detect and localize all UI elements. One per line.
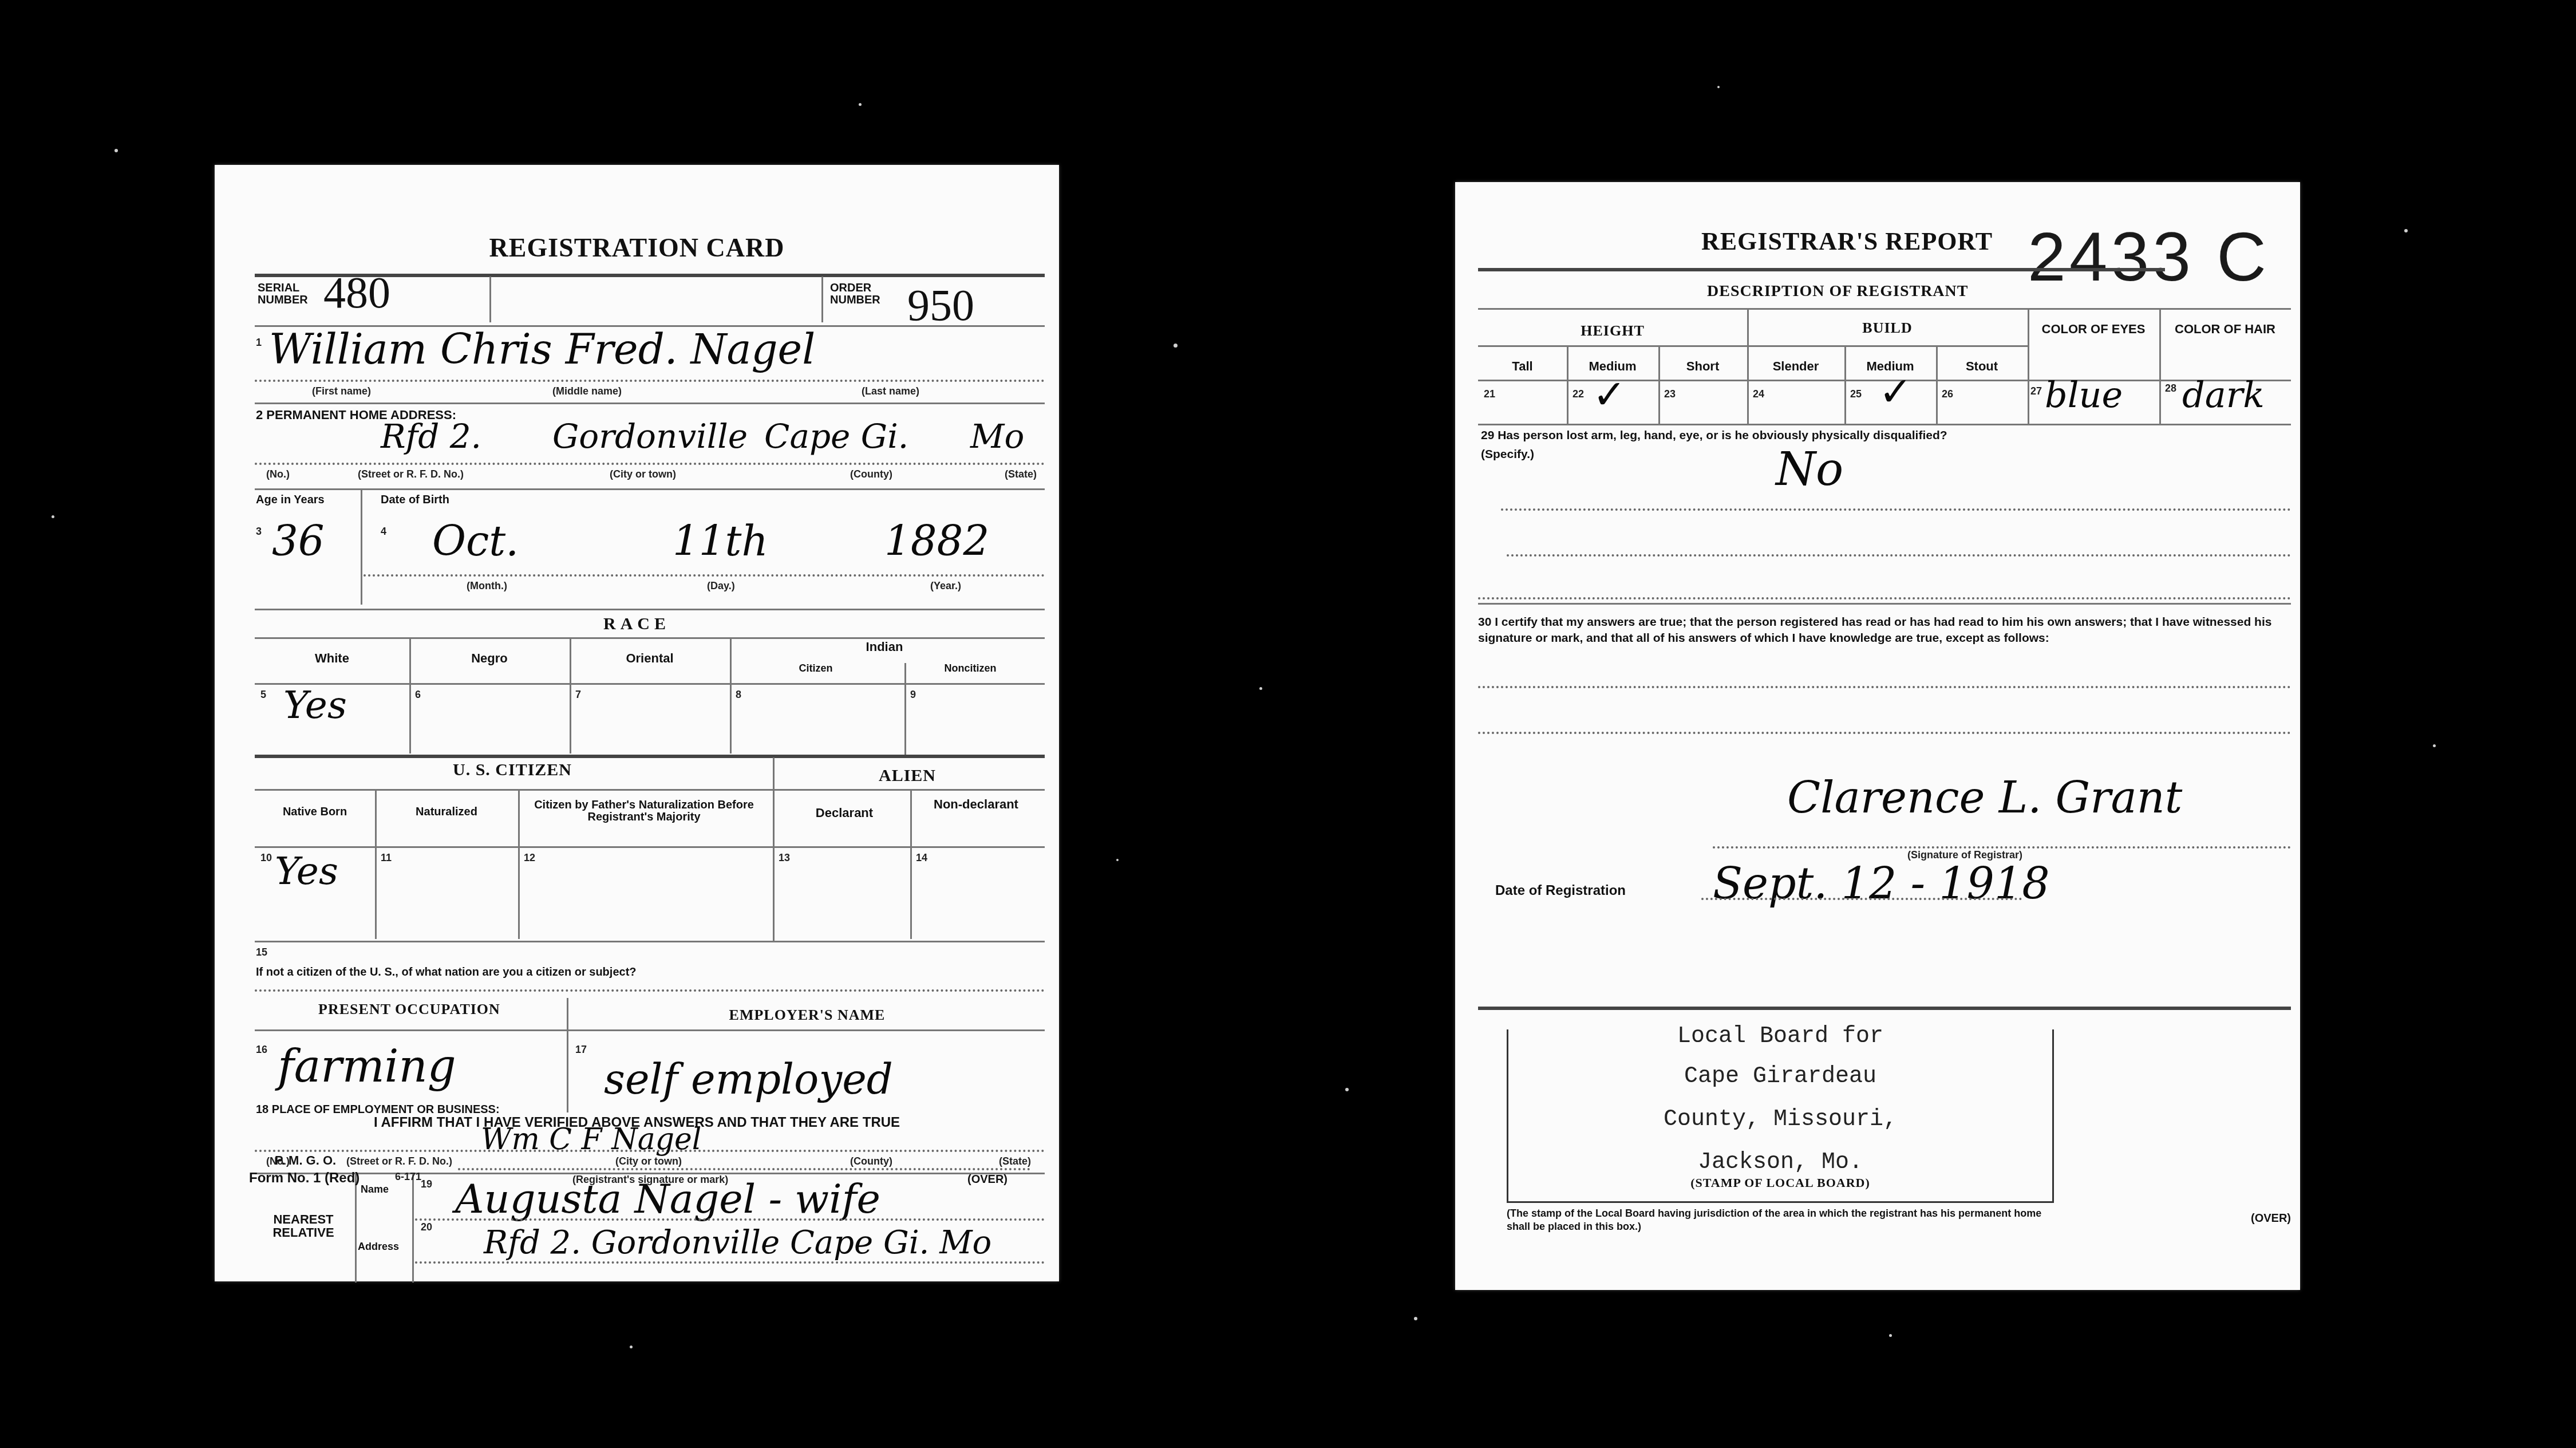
race-white-value: Yes bbox=[283, 683, 347, 727]
name-sublabel-first: (First name) bbox=[312, 385, 371, 397]
speckle bbox=[630, 1346, 633, 1348]
divider bbox=[910, 790, 912, 939]
address-county: Cape Gi. bbox=[764, 417, 908, 456]
cit-col-naturalized: Naturalized bbox=[378, 806, 515, 818]
dotted-line bbox=[255, 989, 1045, 992]
dob-sublabel: (Day.) bbox=[707, 580, 735, 592]
field-number: 8 bbox=[736, 689, 741, 701]
height-medium-check: ✓ bbox=[1593, 371, 1626, 418]
employment-sublabel: (State) bbox=[999, 1155, 1031, 1167]
employment-sublabel: (City or town) bbox=[615, 1155, 682, 1167]
divider bbox=[255, 755, 1045, 758]
stamped-number: 2433 C bbox=[2028, 218, 2270, 297]
field-number: 17 bbox=[575, 1044, 587, 1056]
dob-sublabel: (Month.) bbox=[467, 580, 507, 592]
dotted-line bbox=[415, 1218, 1045, 1221]
speckle bbox=[1259, 687, 1262, 690]
certification-text: 30 I certify that my answers are true; t… bbox=[1478, 614, 2291, 647]
divider bbox=[1658, 346, 1660, 424]
race-col-white: White bbox=[255, 652, 409, 665]
alien-heading: ALIEN bbox=[773, 766, 1042, 786]
stamp-line-4: Jackson, Mo. bbox=[1508, 1150, 2052, 1175]
address-state: Mo bbox=[970, 417, 1024, 456]
hair-color-value: dark bbox=[2182, 374, 2265, 416]
divider bbox=[1478, 345, 2028, 347]
divider bbox=[773, 757, 775, 941]
field-number: 20 bbox=[421, 1221, 432, 1233]
order-number: 950 bbox=[907, 279, 974, 331]
field-number: 9 bbox=[910, 689, 916, 701]
dotted-line bbox=[1478, 732, 2291, 734]
divider bbox=[355, 1174, 357, 1283]
divider bbox=[255, 683, 1045, 685]
divider bbox=[1478, 603, 2291, 605]
build-col-slender: Slender bbox=[1747, 360, 1844, 373]
form-code: 6-171 bbox=[395, 1171, 421, 1183]
speckle bbox=[1414, 1317, 1417, 1320]
address-sublabel: (No.) bbox=[266, 468, 290, 480]
dotted-line bbox=[458, 1168, 1030, 1170]
field-number: 28 bbox=[2165, 382, 2176, 394]
over-label: (OVER) bbox=[967, 1174, 1008, 1186]
stamp-note: (The stamp of the Local Board having jur… bbox=[1507, 1207, 2056, 1234]
speckle bbox=[859, 103, 862, 106]
divider bbox=[1478, 1007, 2291, 1010]
divider bbox=[489, 277, 491, 322]
race-col-indian-citizen: Citizen bbox=[730, 663, 902, 674]
speckle bbox=[1717, 86, 1720, 88]
cit-col-fathers-naturalization: Citizen by Father's Naturalization Befor… bbox=[521, 799, 767, 823]
employment-sublabel: (Street or R. F. D. No.) bbox=[346, 1155, 452, 1167]
field-number: 5 bbox=[260, 689, 266, 701]
divider bbox=[1936, 346, 1938, 424]
name-sublabel-last: (Last name) bbox=[862, 385, 919, 397]
signature-label: (Registrant's signature or mark) bbox=[572, 1174, 728, 1186]
card-title: REGISTRATION CARD bbox=[215, 232, 1059, 263]
field-number: 11 bbox=[381, 852, 392, 864]
race-col-indian-noncitizen: Noncitizen bbox=[902, 663, 1039, 674]
divider bbox=[1844, 346, 1846, 424]
divider bbox=[1478, 308, 2291, 310]
form-pmgo: P. M. G. O. bbox=[275, 1154, 336, 1167]
relative-address-value: Rfd 2. Gordonville Cape Gi. Mo bbox=[484, 1224, 991, 1261]
address-sublabel: (County) bbox=[850, 468, 892, 480]
field-number: 4 bbox=[381, 526, 386, 538]
address-sublabel: (State) bbox=[1005, 468, 1037, 480]
divider bbox=[412, 1174, 414, 1283]
divider bbox=[570, 639, 571, 753]
divider bbox=[567, 998, 568, 1112]
nearest-relative-label: NEAREST RELATIVE bbox=[255, 1213, 352, 1239]
registration-card-front: REGISTRATION CARD SERIAL NUMBER 480 ORDE… bbox=[215, 165, 1059, 1281]
dotted-line bbox=[255, 380, 1045, 382]
dotted-line bbox=[1478, 597, 2291, 599]
alien-col-nondeclarant: Non-declarant bbox=[913, 798, 1039, 811]
address-street: Rfd 2. bbox=[381, 417, 481, 456]
race-col-negro: Negro bbox=[409, 652, 570, 665]
dotted-line bbox=[255, 463, 1045, 465]
speckle bbox=[1174, 344, 1178, 348]
divider bbox=[375, 790, 377, 939]
card-title: REGISTRAR'S REPORT bbox=[1701, 227, 1993, 256]
registrant-signature: Wm C F Nagel bbox=[481, 1122, 701, 1157]
relative-address-label: Address bbox=[358, 1241, 399, 1252]
registrant-name: William Chris Fred. Nagel bbox=[269, 325, 815, 373]
address-sublabel: (City or town) bbox=[610, 468, 676, 480]
address-sublabel: (Street or R. F. D. No.) bbox=[358, 468, 464, 480]
name-sublabel-middle: (Middle name) bbox=[552, 385, 622, 397]
stamp-box: Local Board for Cape Girardeau County, M… bbox=[1507, 1029, 2054, 1203]
build-medium-check: ✓ bbox=[1879, 368, 1913, 415]
field-number: 26 bbox=[1942, 388, 1953, 400]
divider bbox=[1567, 346, 1568, 424]
divider bbox=[1478, 268, 2165, 271]
dob-label: Date of Birth bbox=[381, 494, 449, 506]
form-number: Form No. 1 (Red) bbox=[249, 1171, 359, 1185]
us-citizen-heading: U. S. CITIZEN bbox=[255, 760, 770, 780]
dob-month: Oct. bbox=[432, 517, 519, 565]
divider bbox=[904, 663, 906, 755]
divider bbox=[255, 403, 1045, 404]
stamp-label: (STAMP OF LOCAL BOARD) bbox=[1508, 1175, 2052, 1190]
nationality-question: If not a citizen of the U. S., of what n… bbox=[256, 966, 637, 979]
dotted-line bbox=[415, 1261, 1045, 1264]
divider bbox=[361, 490, 362, 605]
registrars-report-back: REGISTRAR'S REPORT 2433 C DESCRIPTION OF… bbox=[1455, 182, 2300, 1290]
order-label: ORDER NUMBER bbox=[830, 282, 899, 306]
divider bbox=[255, 488, 1045, 490]
speckle bbox=[1345, 1088, 1349, 1091]
dob-year: 1882 bbox=[884, 517, 989, 565]
alien-col-declarant: Declarant bbox=[776, 806, 913, 819]
field-number: 15 bbox=[256, 946, 267, 958]
speckle bbox=[2433, 744, 2436, 747]
field-number: 19 bbox=[421, 1178, 432, 1190]
field-number: 6 bbox=[415, 689, 421, 701]
field-number: 7 bbox=[575, 689, 581, 701]
race-col-indian: Indian bbox=[730, 640, 1039, 653]
employer-heading: EMPLOYER'S NAME bbox=[570, 1007, 1045, 1024]
divider bbox=[255, 1029, 1045, 1031]
divider bbox=[518, 790, 520, 939]
occupation-heading: PRESENT OCCUPATION bbox=[255, 1001, 564, 1018]
height-col-short: Short bbox=[1658, 360, 1747, 373]
field-number: 25 bbox=[1850, 388, 1862, 400]
date-of-registration-value: Sept. 12 - 1918 bbox=[1713, 858, 2050, 909]
field-number: 24 bbox=[1753, 388, 1764, 400]
height-heading: HEIGHT bbox=[1478, 322, 1747, 340]
divider bbox=[255, 637, 1045, 639]
dotted-line bbox=[364, 574, 1045, 577]
build-col-stout: Stout bbox=[1936, 360, 2028, 373]
stamp-line-1: Local Board for bbox=[1508, 1024, 2052, 1049]
divider bbox=[730, 639, 732, 753]
field-number: 27 bbox=[2030, 385, 2042, 397]
place-of-employment-label: 18 PLACE OF EMPLOYMENT OR BUSINESS: bbox=[256, 1104, 500, 1116]
field-number: 3 bbox=[256, 526, 262, 538]
dotted-line bbox=[1478, 686, 2291, 688]
date-of-registration-label: Date of Registration bbox=[1495, 883, 1626, 898]
speckle bbox=[1116, 859, 1119, 861]
address-city: Gordonville bbox=[552, 417, 748, 456]
stamp-line-3: County, Missouri, bbox=[1508, 1107, 2052, 1133]
field-number: 23 bbox=[1664, 388, 1676, 400]
age-value: 36 bbox=[272, 517, 325, 565]
native-born-value: Yes bbox=[275, 849, 338, 893]
divider bbox=[255, 846, 1045, 848]
height-col-tall: Tall bbox=[1478, 360, 1567, 373]
field-number: 22 bbox=[1573, 388, 1584, 400]
serial-label: SERIAL NUMBER bbox=[258, 282, 326, 306]
disability-question: 29 Has person lost arm, leg, hand, eye, … bbox=[1481, 429, 1947, 442]
field-number: 13 bbox=[779, 852, 790, 864]
divider bbox=[1478, 424, 2291, 425]
dotted-line bbox=[1507, 554, 2291, 557]
speckle bbox=[2404, 229, 2408, 232]
build-heading: BUILD bbox=[1747, 319, 2028, 337]
occupation-value: farming bbox=[278, 1041, 456, 1092]
speckle bbox=[52, 515, 54, 518]
cit-col-native-born: Native Born bbox=[255, 806, 375, 818]
field-number: 14 bbox=[916, 852, 927, 864]
registrar-signature: Clarence L. Grant bbox=[1787, 772, 2182, 823]
speckle bbox=[114, 149, 118, 152]
eye-color-value: blue bbox=[2045, 374, 2123, 416]
employer-value: self employed bbox=[604, 1055, 893, 1103]
dotted-line bbox=[1501, 508, 2291, 511]
over-label: (OVER) bbox=[2251, 1213, 2291, 1225]
dotted-line bbox=[1701, 898, 2022, 900]
field-number: 10 bbox=[260, 852, 272, 864]
hair-heading: COLOR OF HAIR bbox=[2159, 322, 2291, 336]
race-heading: RACE bbox=[215, 614, 1059, 634]
field-number: 16 bbox=[256, 1044, 267, 1056]
dob-day: 11th bbox=[673, 517, 768, 565]
dotted-line bbox=[1713, 846, 2291, 849]
divider bbox=[255, 941, 1045, 942]
eyes-heading: COLOR OF EYES bbox=[2028, 322, 2159, 336]
field-number: 12 bbox=[524, 852, 535, 864]
divider bbox=[409, 639, 411, 753]
field-number: 1 bbox=[256, 337, 262, 349]
divider bbox=[255, 609, 1045, 610]
description-heading: DESCRIPTION OF REGISTRANT bbox=[1707, 282, 1968, 301]
race-col-oriental: Oriental bbox=[570, 652, 730, 665]
speckle bbox=[1889, 1334, 1892, 1337]
divider bbox=[255, 789, 1045, 791]
dob-sublabel: (Year.) bbox=[930, 580, 961, 592]
employment-sublabel: (County) bbox=[850, 1155, 892, 1167]
serial-number: 480 bbox=[323, 267, 390, 318]
field-number: 21 bbox=[1484, 388, 1495, 400]
relative-name-label: Name bbox=[361, 1184, 389, 1195]
specify-label: (Specify.) bbox=[1481, 448, 1534, 461]
stamp-line-2: Cape Girardeau bbox=[1508, 1064, 2052, 1090]
divider bbox=[821, 277, 823, 322]
disability-answer: No bbox=[1776, 443, 1843, 496]
age-label: Age in Years bbox=[256, 494, 325, 506]
